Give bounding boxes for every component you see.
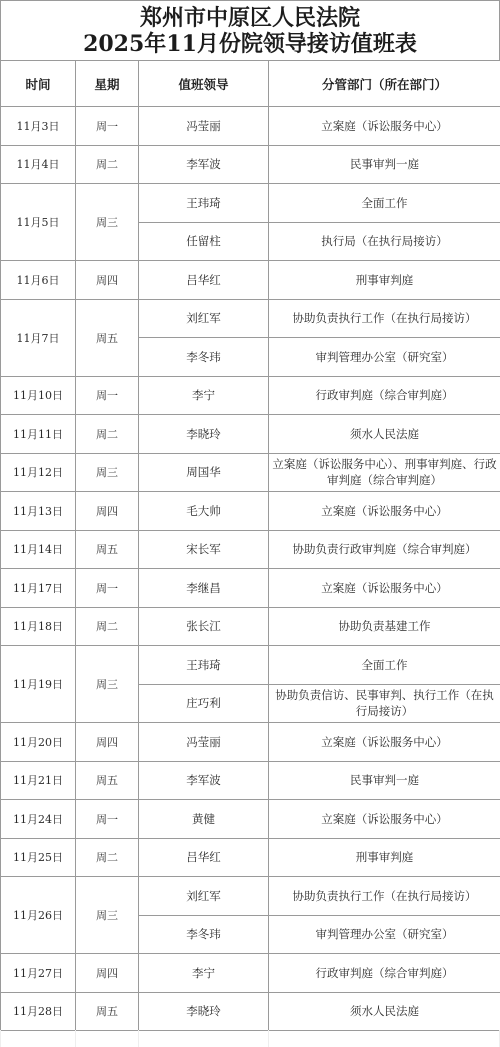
date-cell: 11月27日 <box>1 954 76 993</box>
dept-cell: 须水人民法庭 <box>269 415 500 454</box>
dept-cell: 协助负责信访、民事审判、执行工作（在执行局接访） <box>269 684 500 723</box>
table-row: 11月3日周一冯莹丽立案庭（诉讼服务中心） <box>1 107 500 146</box>
date-cell: 11月25日 <box>1 838 76 877</box>
dept-cell: 立案庭（诉讼服务中心） <box>269 723 500 762</box>
leader-cell: 李晓玲 <box>139 415 269 454</box>
table-header-row: 时间 星期 值班领导 分管部门（所在部门） <box>1 61 500 107</box>
weekday-cell: 周二 <box>76 838 139 877</box>
leader-cell: 刘红军 <box>139 299 269 338</box>
leader-cell: 李继昌 <box>139 569 269 608</box>
leader-cell: 宋长军 <box>139 530 269 569</box>
date-cell: 11月21日 <box>1 761 76 800</box>
header-date: 时间 <box>1 61 76 107</box>
date-cell: 11月26日 <box>1 877 76 954</box>
leader-cell: 李冬玮 <box>139 915 269 954</box>
weekday-cell: 周三 <box>76 453 139 492</box>
leader-cell: 吕华红 <box>139 838 269 877</box>
leader-cell: 冯莹丽 <box>139 723 269 762</box>
table-row: 11月25日周二吕华红刑事审判庭 <box>1 838 500 877</box>
weekday-cell: 周二 <box>76 415 139 454</box>
dept-cell: 全面工作 <box>269 646 500 685</box>
dept-cell: 审判管理办公室（研究室） <box>269 338 500 377</box>
dept-cell: 全面工作 <box>269 184 500 223</box>
table-row: 11月4日周二李军波民事审判一庭 <box>1 145 500 184</box>
table-row: 11月12日周三周国华立案庭（诉讼服务中心）、刑事审判庭、行政审判庭（综合审判庭… <box>1 453 500 492</box>
table-row: 11月11日周二李晓玲须水人民法庭 <box>1 415 500 454</box>
leader-cell: 李宁 <box>139 954 269 993</box>
weekday-cell: 周三 <box>76 646 139 723</box>
dept-cell: 协助负责执行工作（在执行局接访） <box>269 299 500 338</box>
leader-cell: 黄健 <box>139 800 269 839</box>
date-cell: 11月17日 <box>1 569 76 608</box>
table-row: 11月21日周五李军波民事审判一庭 <box>1 761 500 800</box>
date-cell: 11月24日 <box>1 800 76 839</box>
table-row: 11月19日周三王玮琦全面工作 <box>1 646 500 685</box>
dept-cell: 行政审判庭（综合审判庭） <box>269 376 500 415</box>
dept-cell: 民事审判一庭 <box>269 145 500 184</box>
dept-cell: 立案庭（诉讼服务中心）、刑事审判庭、行政审判庭（综合审判庭） <box>269 453 500 492</box>
date-cell: 11月12日 <box>1 453 76 492</box>
date-cell: 11月20日 <box>1 723 76 762</box>
header-dept: 分管部门（所在部门） <box>269 61 500 107</box>
dept-cell: 审判管理办公室（研究室） <box>269 915 500 954</box>
schedule-title: 2025年11月份院领导接访值班表 <box>1 31 499 57</box>
date-cell: 11月6日 <box>1 261 76 300</box>
dept-cell: 立案庭（诉讼服务中心） <box>269 107 500 146</box>
weekday-cell: 周五 <box>76 761 139 800</box>
weekday-cell: 周五 <box>76 299 139 376</box>
header-weekday: 星期 <box>76 61 139 107</box>
weekday-cell: 周一 <box>76 107 139 146</box>
weekday-cell: 周四 <box>76 723 139 762</box>
dept-cell: 刑事审判庭 <box>269 261 500 300</box>
weekday-cell: 周五 <box>76 992 139 1031</box>
dept-cell: 立案庭（诉讼服务中心） <box>269 569 500 608</box>
weekday-cell: 周五 <box>76 530 139 569</box>
date-cell: 11月7日 <box>1 299 76 376</box>
date-cell: 11月11日 <box>1 415 76 454</box>
table-row: 11月10日周一李宁行政审判庭（综合审判庭） <box>1 376 500 415</box>
weekday-cell: 周二 <box>76 145 139 184</box>
dept-cell: 民事审判一庭 <box>269 761 500 800</box>
leader-cell: 庄巧利 <box>139 684 269 723</box>
date-cell: 11月14日 <box>1 530 76 569</box>
header-leader: 值班领导 <box>139 61 269 107</box>
table-row: 11月7日周五刘红军协助负责执行工作（在执行局接访） <box>1 299 500 338</box>
weekday-cell: 周四 <box>76 261 139 300</box>
table-row: 11月6日周四吕华红刑事审判庭 <box>1 261 500 300</box>
document-title: 郑州市中原区人民法院 2025年11月份院领导接访值班表 <box>0 0 500 61</box>
leader-cell: 李晓玲 <box>139 992 269 1031</box>
leader-cell: 李军波 <box>139 145 269 184</box>
leader-cell: 李军波 <box>139 761 269 800</box>
date-cell: 11月4日 <box>1 145 76 184</box>
table-row: 11月14日周五宋长军协助负责行政审判庭（综合审判庭） <box>1 530 500 569</box>
table-row: 11月24日周一黄健立案庭（诉讼服务中心） <box>1 800 500 839</box>
table-row: 11月28日周五李晓玲须水人民法庭 <box>1 992 500 1031</box>
table-row: 11月27日周四李宁行政审判庭（综合审判庭） <box>1 954 500 993</box>
table-row: 11月26日周三刘红军协助负责执行工作（在执行局接访） <box>1 877 500 916</box>
table-row: 11月5日周三王玮琦全面工作 <box>1 184 500 223</box>
weekday-cell: 周三 <box>76 877 139 954</box>
date-cell: 11月19日 <box>1 646 76 723</box>
table-row: 11月13日周四毛大帅立案庭（诉讼服务中心） <box>1 492 500 531</box>
leader-cell: 刘红军 <box>139 877 269 916</box>
leader-cell: 王玮琦 <box>139 646 269 685</box>
leader-cell: 李宁 <box>139 376 269 415</box>
dept-cell: 须水人民法庭 <box>269 992 500 1031</box>
leader-cell: 王玮琦 <box>139 184 269 223</box>
weekday-cell: 周四 <box>76 954 139 993</box>
table-row: 11月17日周一李继昌立案庭（诉讼服务中心） <box>1 569 500 608</box>
date-cell: 11月18日 <box>1 607 76 646</box>
date-cell: 11月3日 <box>1 107 76 146</box>
weekday-cell: 周一 <box>76 569 139 608</box>
dept-cell: 执行局（在执行局接访） <box>269 222 500 261</box>
dept-cell: 刑事审判庭 <box>269 838 500 877</box>
dept-cell: 协助负责基建工作 <box>269 607 500 646</box>
leader-cell: 毛大帅 <box>139 492 269 531</box>
dept-cell: 行政审判庭（综合审判庭） <box>269 954 500 993</box>
leader-cell: 李冬玮 <box>139 338 269 377</box>
date-cell: 11月10日 <box>1 376 76 415</box>
weekday-cell: 周四 <box>76 492 139 531</box>
date-cell: 11月5日 <box>1 184 76 261</box>
table-row: 11月20日周四冯莹丽立案庭（诉讼服务中心） <box>1 723 500 762</box>
leader-cell: 冯莹丽 <box>139 107 269 146</box>
leader-cell: 吕华红 <box>139 261 269 300</box>
leader-cell: 任留柱 <box>139 222 269 261</box>
date-cell: 11月13日 <box>1 492 76 531</box>
dept-cell: 立案庭（诉讼服务中心） <box>269 800 500 839</box>
dept-cell: 立案庭（诉讼服务中心） <box>269 492 500 531</box>
leader-cell: 周国华 <box>139 453 269 492</box>
table-row: 11月18日周二张长江协助负责基建工作 <box>1 607 500 646</box>
date-cell: 11月28日 <box>1 992 76 1031</box>
table-body: 11月3日周一冯莹丽立案庭（诉讼服务中心）11月4日周二李军波民事审判一庭11月… <box>1 107 500 1031</box>
page-bottom-margin <box>0 1030 500 1047</box>
weekday-cell: 周三 <box>76 184 139 261</box>
dept-cell: 协助负责执行工作（在执行局接访） <box>269 877 500 916</box>
court-name: 郑州市中原区人民法院 <box>1 5 499 31</box>
dept-cell: 协助负责行政审判庭（综合审判庭） <box>269 530 500 569</box>
duty-schedule-table: 时间 星期 值班领导 分管部门（所在部门） 11月3日周一冯莹丽立案庭（诉讼服务… <box>0 60 500 1031</box>
leader-cell: 张长江 <box>139 607 269 646</box>
weekday-cell: 周一 <box>76 376 139 415</box>
weekday-cell: 周一 <box>76 800 139 839</box>
weekday-cell: 周二 <box>76 607 139 646</box>
